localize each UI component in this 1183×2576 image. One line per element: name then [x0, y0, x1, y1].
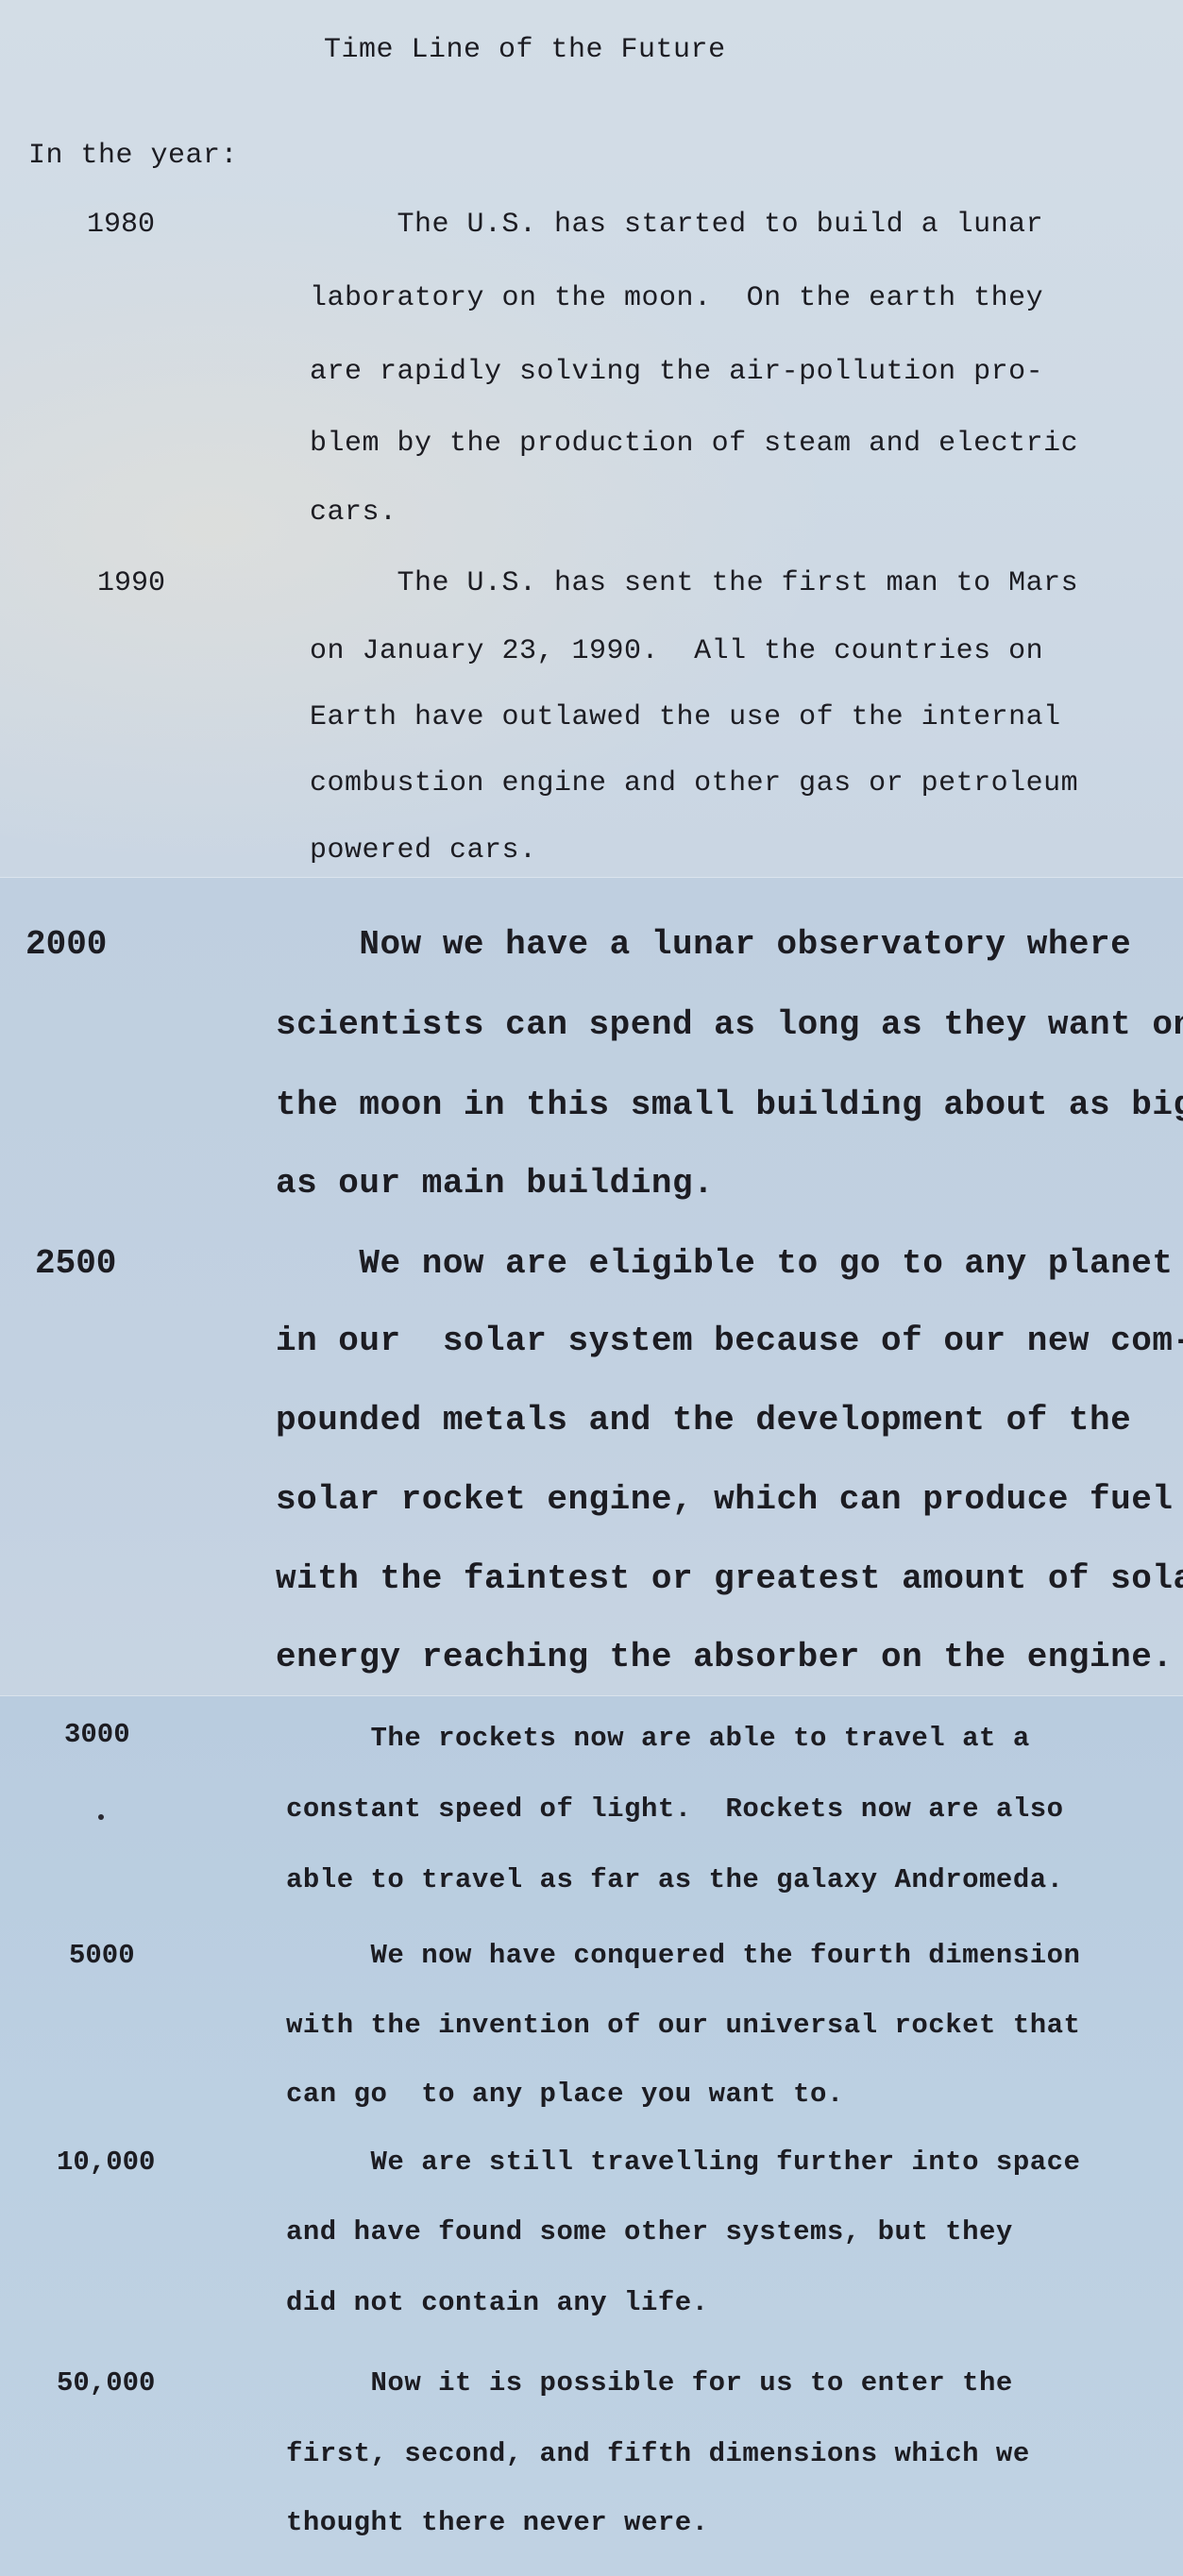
entry-text-line: thought there never were.	[286, 2507, 709, 2538]
entry-year: 1990	[97, 567, 165, 599]
entry-year: 10,000	[57, 2147, 155, 2178]
entry-year: 2000	[25, 925, 107, 964]
entry-text-line: as our main building.	[276, 1164, 714, 1203]
entry-text-line: Now it is possible for us to enter the	[286, 2367, 1013, 2399]
entry-text-line: first, second, and fifth dimensions whic…	[286, 2438, 1030, 2469]
entry-year: 3000	[64, 1719, 130, 1750]
page-photo-section-1: Time Line of the Future In the year: 198…	[0, 0, 1183, 878]
entry-text-line: energy reaching the absorber on the engi…	[276, 1638, 1173, 1676]
entry-text-line: laboratory on the moon. On the earth the…	[310, 282, 1043, 314]
entry-text-line: in our solar system because of our new c…	[276, 1322, 1183, 1360]
entry-text-line: The rockets now are able to travel at a	[286, 1723, 1030, 1754]
entry-text-line: We now have conquered the fourth dimensi…	[286, 1940, 1080, 1971]
page-photo-section-2: 2000 Now we have a lunar observatory whe…	[0, 878, 1183, 1696]
ink-speck	[98, 1814, 104, 1820]
entry-year: 50,000	[57, 2367, 155, 2399]
entry-text-line: did not contain any life.	[286, 2287, 709, 2318]
entry-year: 5000	[69, 1940, 135, 1971]
entry-text-line: solar rocket engine, which can produce f…	[276, 1480, 1173, 1519]
entry-text-line: the moon in this small building about as…	[276, 1086, 1183, 1124]
entry-text-line: Now we have a lunar observatory where	[276, 925, 1131, 964]
entry-text-line: are rapidly solving the air-pollution pr…	[310, 356, 1043, 388]
entry-text-line: powered cars.	[310, 834, 537, 867]
entry-text-line: The U.S. has started to build a lunar	[310, 209, 1043, 241]
entry-text-line: able to travel as far as the galaxy Andr…	[286, 1864, 1064, 1895]
entry-text-line: cars.	[310, 497, 397, 529]
entry-text-line: can go to any place you want to.	[286, 2079, 844, 2110]
entry-text-line: scientists can spend as long as they wan…	[276, 1005, 1183, 1044]
entry-text-line: constant speed of light. Rockets now are…	[286, 1793, 1064, 1825]
entry-text-line: and have found some other systems, but t…	[286, 2216, 1013, 2248]
entry-text-line: pounded metals and the development of th…	[276, 1401, 1131, 1440]
entry-year: 2500	[35, 1244, 116, 1283]
entry-text-line: We are still travelling further into spa…	[286, 2147, 1080, 2178]
entry-text-line: blem by the production of steam and elec…	[310, 428, 1078, 460]
entry-text-line: We now are eligible to go to any planet	[276, 1244, 1173, 1283]
entry-text-line: combustion engine and other gas or petro…	[310, 767, 1078, 800]
entry-text-line: with the invention of our universal rock…	[286, 2010, 1080, 2041]
intro-label: In the year:	[28, 140, 238, 172]
entry-text-line: with the faintest or greatest amount of …	[276, 1559, 1183, 1598]
entry-text-line: on January 23, 1990. All the countries o…	[310, 635, 1043, 667]
entry-text-line: Earth have outlawed the use of the inter…	[310, 701, 1061, 733]
page-photo-section-3: 3000 The rockets now are able to travel …	[0, 1696, 1183, 2576]
document-title: Time Line of the Future	[324, 34, 726, 66]
entry-year: 1980	[87, 209, 155, 241]
entry-text-line: The U.S. has sent the first man to Mars	[310, 567, 1078, 599]
